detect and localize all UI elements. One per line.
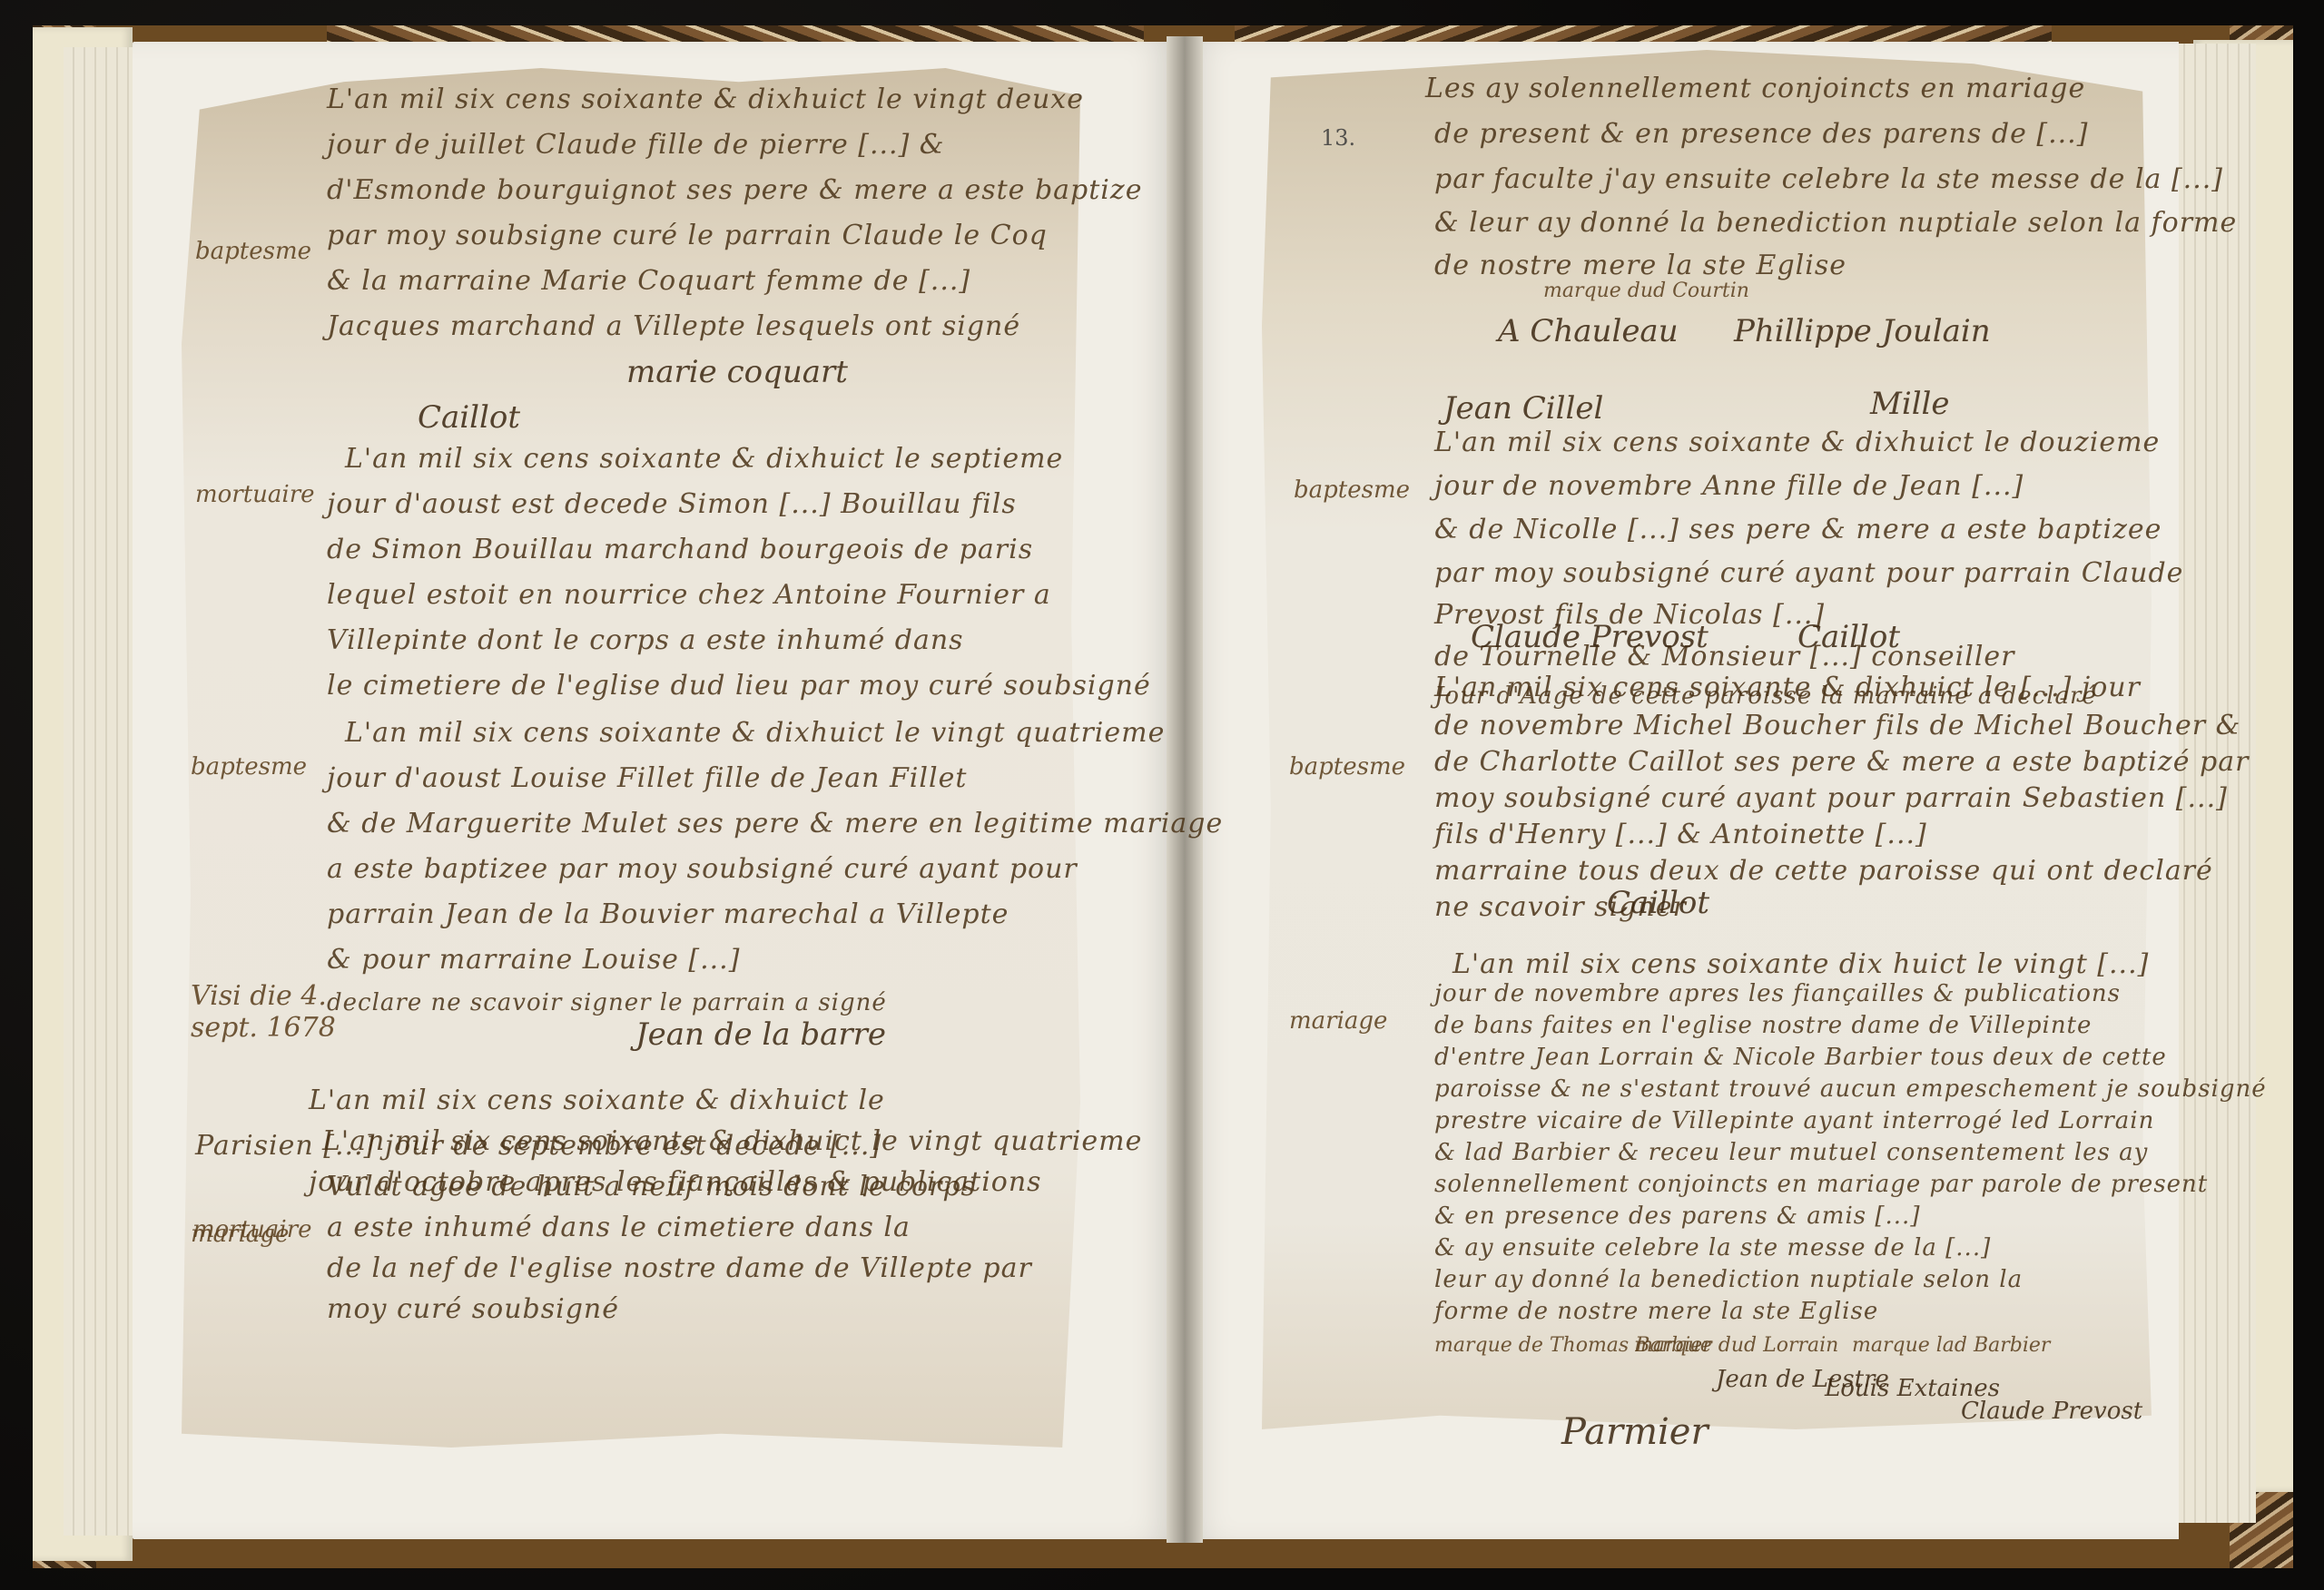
left-leaf-mariage-body-2 — [0, 0, 2324, 1590]
